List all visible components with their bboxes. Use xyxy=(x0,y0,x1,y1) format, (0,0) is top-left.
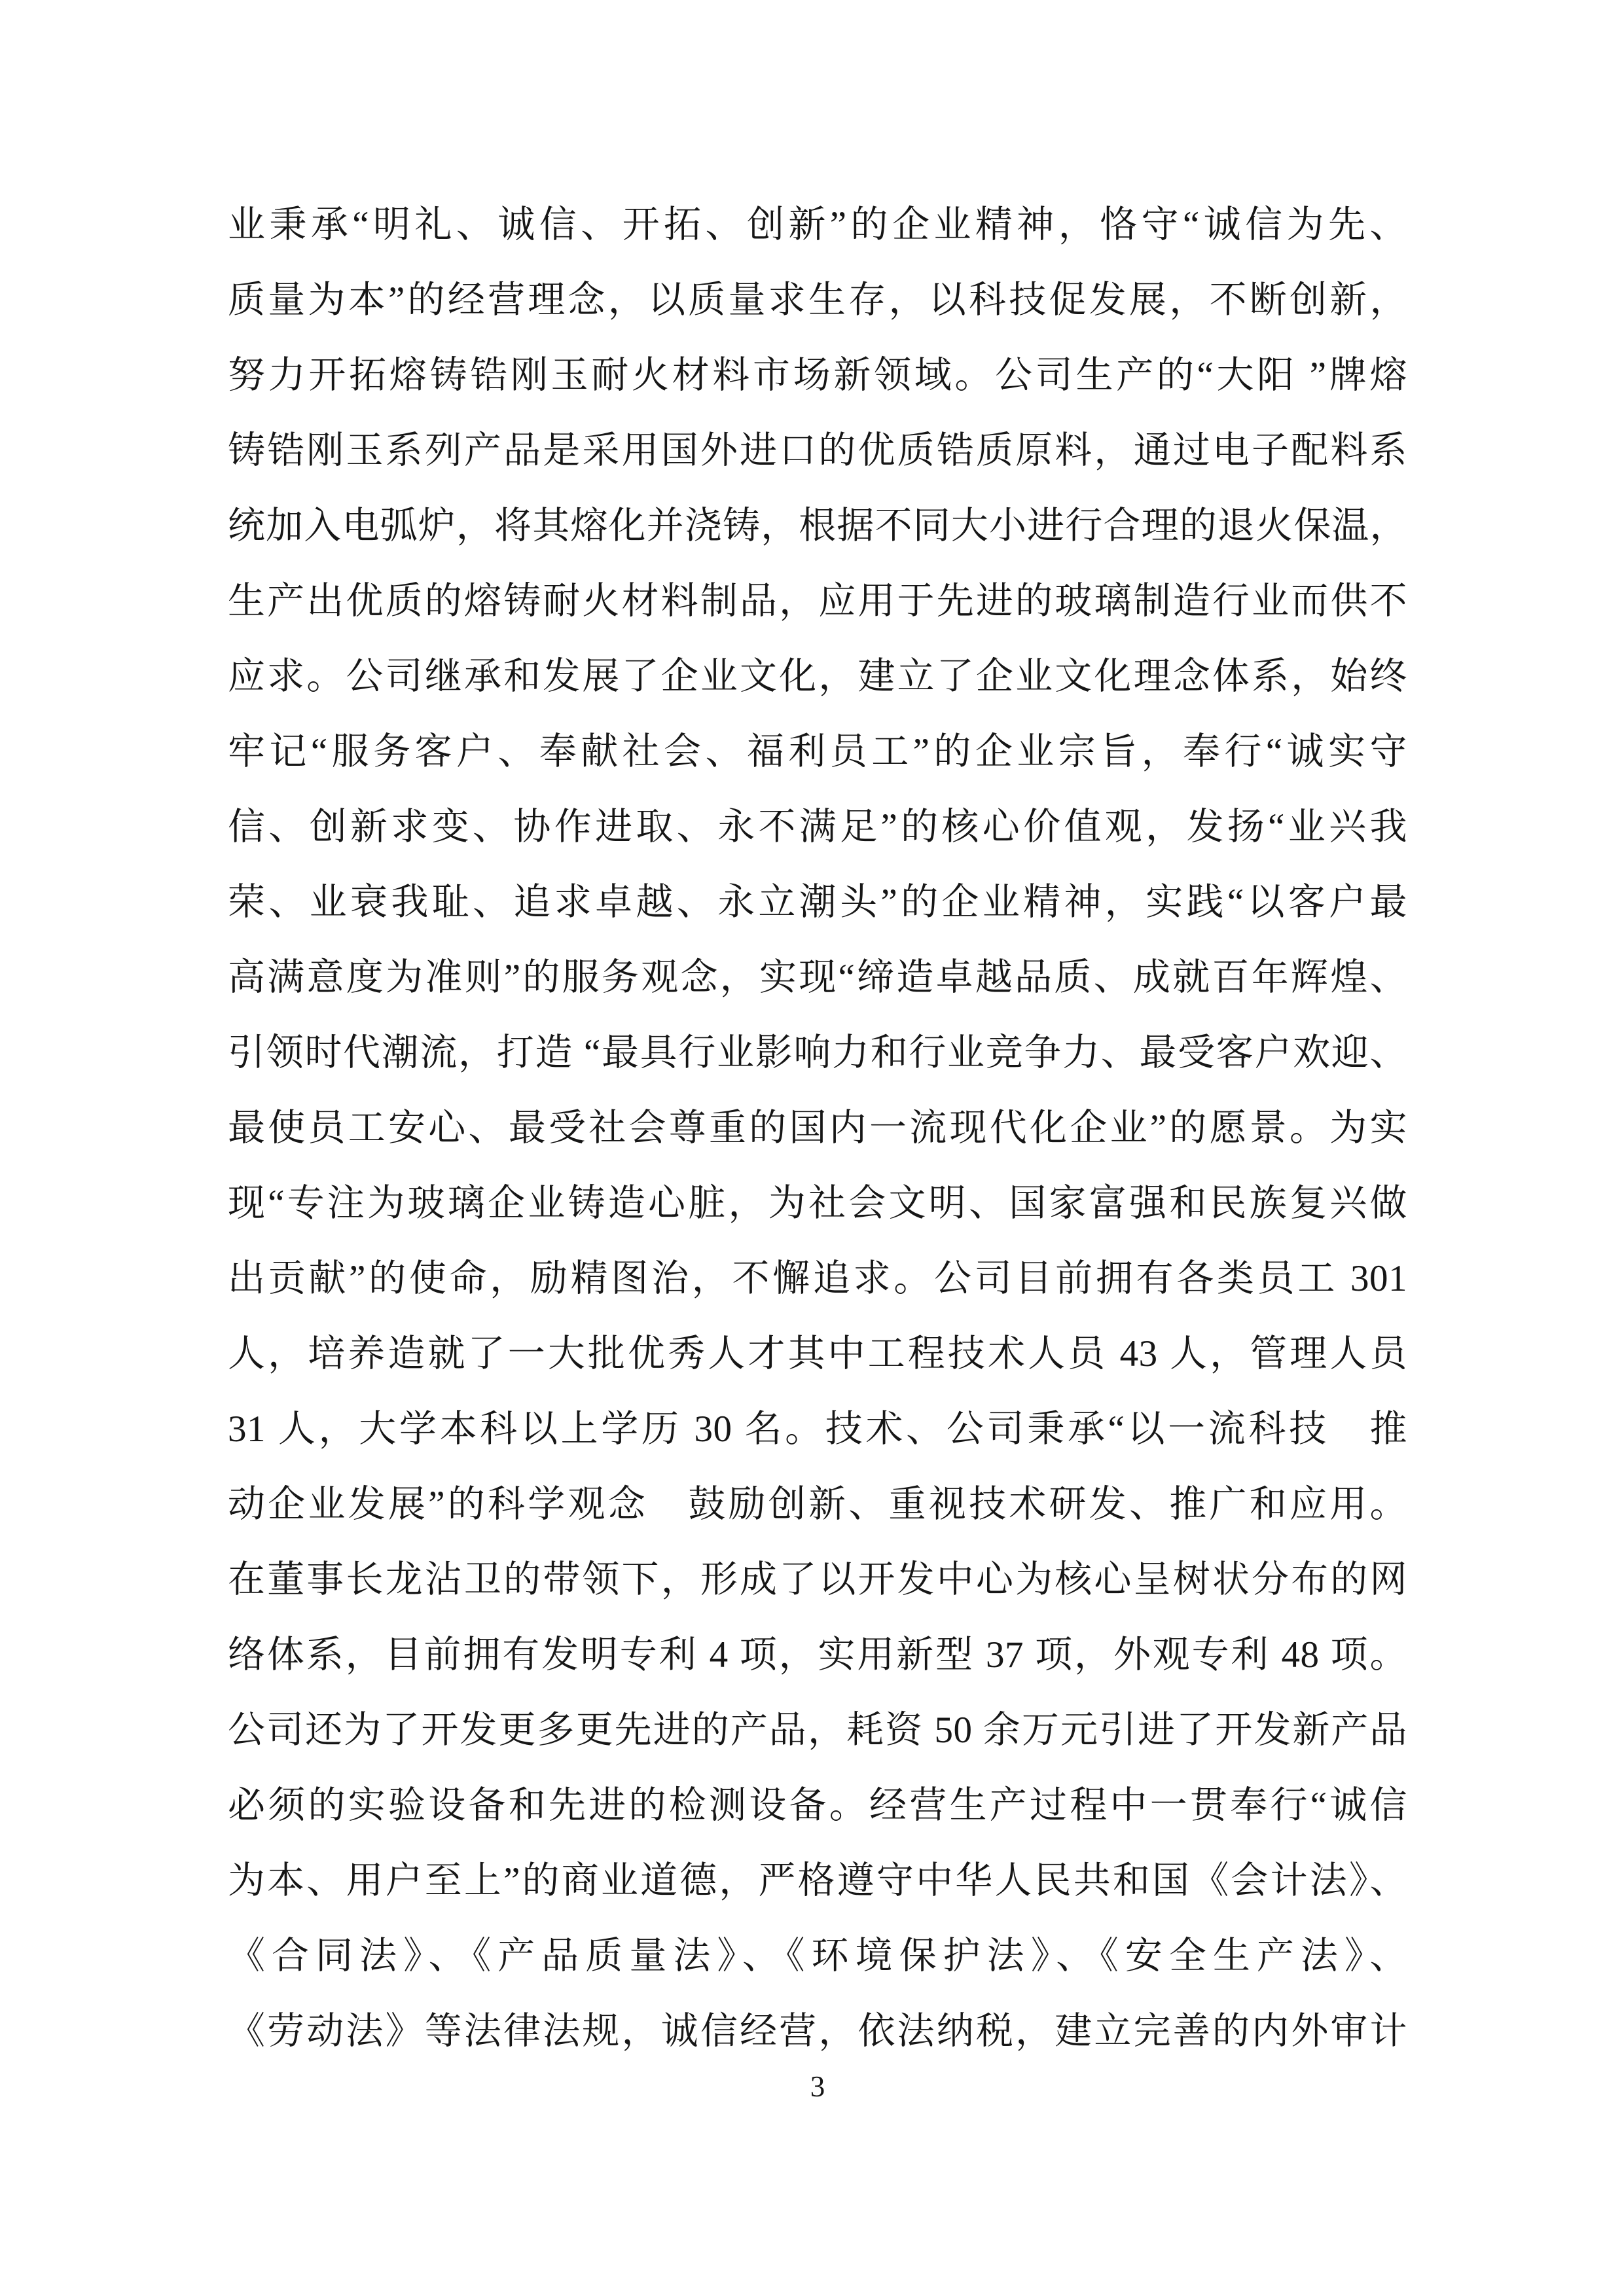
text-line: 生产出优质的熔铸耐火材料制品，应用于先进的玻璃制造行业而供不 xyxy=(228,564,1407,639)
page-number: 3 xyxy=(810,2067,825,2106)
text-line: 现“专注为玻璃企业铸造心脏，为社会文明、国家富强和民族复兴做 xyxy=(228,1166,1407,1241)
text-line: 铸锆刚玉系列产品是采用国外进口的优质锆质原料，通过电子配料系 xyxy=(228,413,1407,488)
text-line: 《合同法》、《产品质量法》、《环境保护法》、《安全生产法》、 xyxy=(228,1918,1407,1994)
text-line: 荣、业衰我耻、追求卓越、永立潮头”的企业精神，实践“以客户最 xyxy=(228,865,1407,940)
text-line: 《劳动法》等法律法规，诚信经营，依法纳税，建立完善的内外审计 xyxy=(228,1994,1407,2069)
text-line: 努力开拓熔铸锆刚玉耐火材料市场新领域。公司生产的“大阳 ”牌熔 xyxy=(228,338,1407,413)
text-line: 为本、用户至上”的商业道德，严格遵守中华人民共和国《会计法》、 xyxy=(228,1843,1407,1918)
text-line: 出贡献”的使命，励精图治，不懈追求。公司目前拥有各类员工 301 xyxy=(228,1241,1407,1316)
text-line: 公司还为了开发更多更先进的产品，耗资 50 余万元引进了开发新产品 xyxy=(228,1693,1407,1768)
document-page: 业秉承“明礼、诚信、开拓、创新”的企业精神，恪守“诚信为先、 质量为本”的经营理… xyxy=(0,0,1624,2296)
text-line: 信、创新求变、协作进取、永不满足”的核心价值观，发扬“业兴我 xyxy=(228,789,1407,865)
text-line: 人，培养造就了一大批优秀人才其中工程技术人员 43 人，管理人员 xyxy=(228,1316,1407,1391)
text-line: 引领时代潮流，打造 “最具行业影响力和行业竞争力、最受客户欢迎、 xyxy=(228,1015,1407,1090)
text-line: 31 人，大学本科以上学历 30 名。技术、公司秉承“以一流科技 推 xyxy=(228,1391,1407,1467)
text-line: 业秉承“明礼、诚信、开拓、创新”的企业精神，恪守“诚信为先、 xyxy=(228,187,1407,262)
page-footer: 3 xyxy=(228,2067,1407,2106)
text-line: 牢记“服务客户、奉献社会、福利员工”的企业宗旨，奉行“诚实守 xyxy=(228,714,1407,789)
text-line: 必须的实验设备和先进的检测设备。经营生产过程中一贯奉行“诚信 xyxy=(228,1768,1407,1843)
text-line: 统加入电弧炉，将其熔化并浇铸，根据不同大小进行合理的退火保温， xyxy=(228,488,1407,564)
body-text: 业秉承“明礼、诚信、开拓、创新”的企业精神，恪守“诚信为先、 质量为本”的经营理… xyxy=(228,187,1407,2069)
text-line: 动企业发展”的科学观念 鼓励创新、重视技术研发、推广和应用。 xyxy=(228,1467,1407,1542)
text-line: 络体系，目前拥有发明专利 4 项，实用新型 37 项，外观专利 48 项。 xyxy=(228,1617,1407,1693)
text-line: 最使员工安心、最受社会尊重的国内一流现代化企业”的愿景。为实 xyxy=(228,1090,1407,1166)
text-line: 质量为本”的经营理念，以质量求生存，以科技促发展，不断创新， xyxy=(228,262,1407,338)
text-line: 应求。公司继承和发展了企业文化，建立了企业文化理念体系，始终 xyxy=(228,639,1407,714)
text-line: 在董事长龙沾卫的带领下，形成了以开发中心为核心呈树状分布的网 xyxy=(228,1542,1407,1617)
text-line: 高满意度为准则”的服务观念，实现“缔造卓越品质、成就百年辉煌、 xyxy=(228,940,1407,1015)
